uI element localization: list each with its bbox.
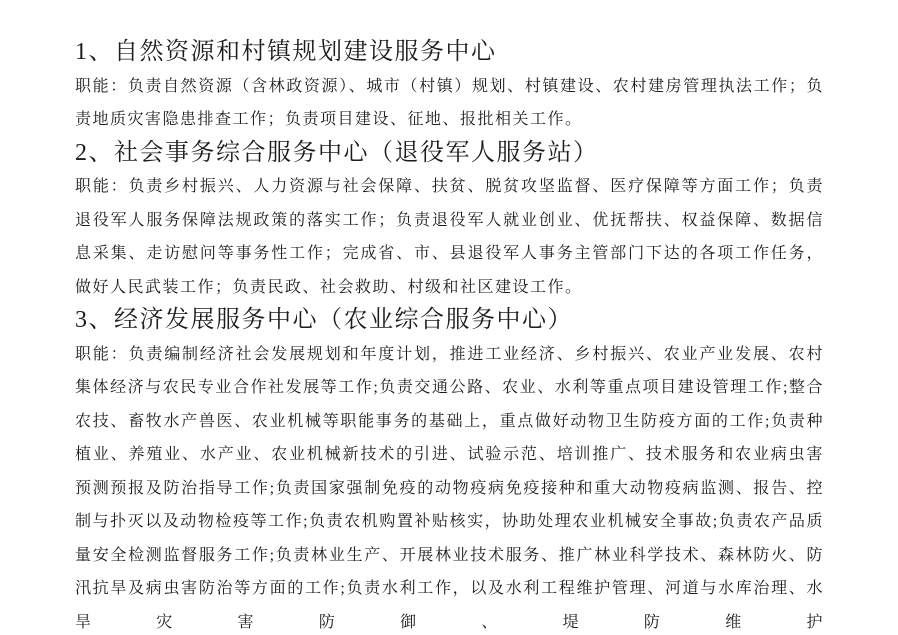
section-heading: 3、经济发展服务中心（农业综合服务中心） [75, 304, 824, 338]
section-heading: 1、自然资源和村镇规划建设服务中心 [75, 36, 824, 70]
section-body: 职能：负责编制经济社会发展规划和年度计划，推进工业经济、乡村振兴、农业产业发展、… [75, 338, 824, 635]
section-body: 职能：负责乡村振兴、人力资源与社会保障、扶贫、脱贫攻坚监督、医疗保障等方面工作；… [75, 170, 824, 304]
section-social-affairs: 2、社会事务综合服务中心（退役军人服务站） 职能：负责乡村振兴、人力资源与社会保… [75, 137, 824, 305]
section-body: 职能：负责自然资源（含林政资源）、城市（村镇）规划、村镇建设、农村建房管理执法工… [75, 70, 824, 137]
section-economic-development: 3、经济发展服务中心（农业综合服务中心） 职能：负责编制经济社会发展规划和年度计… [75, 304, 824, 635]
document-page: 1、自然资源和村镇规划建设服务中心 职能：负责自然资源（含林政资源）、城市（村镇… [0, 0, 898, 635]
section-natural-resources: 1、自然资源和村镇规划建设服务中心 职能：负责自然资源（含林政资源）、城市（村镇… [75, 36, 824, 137]
section-heading: 2、社会事务综合服务中心（退役军人服务站） [75, 137, 824, 171]
